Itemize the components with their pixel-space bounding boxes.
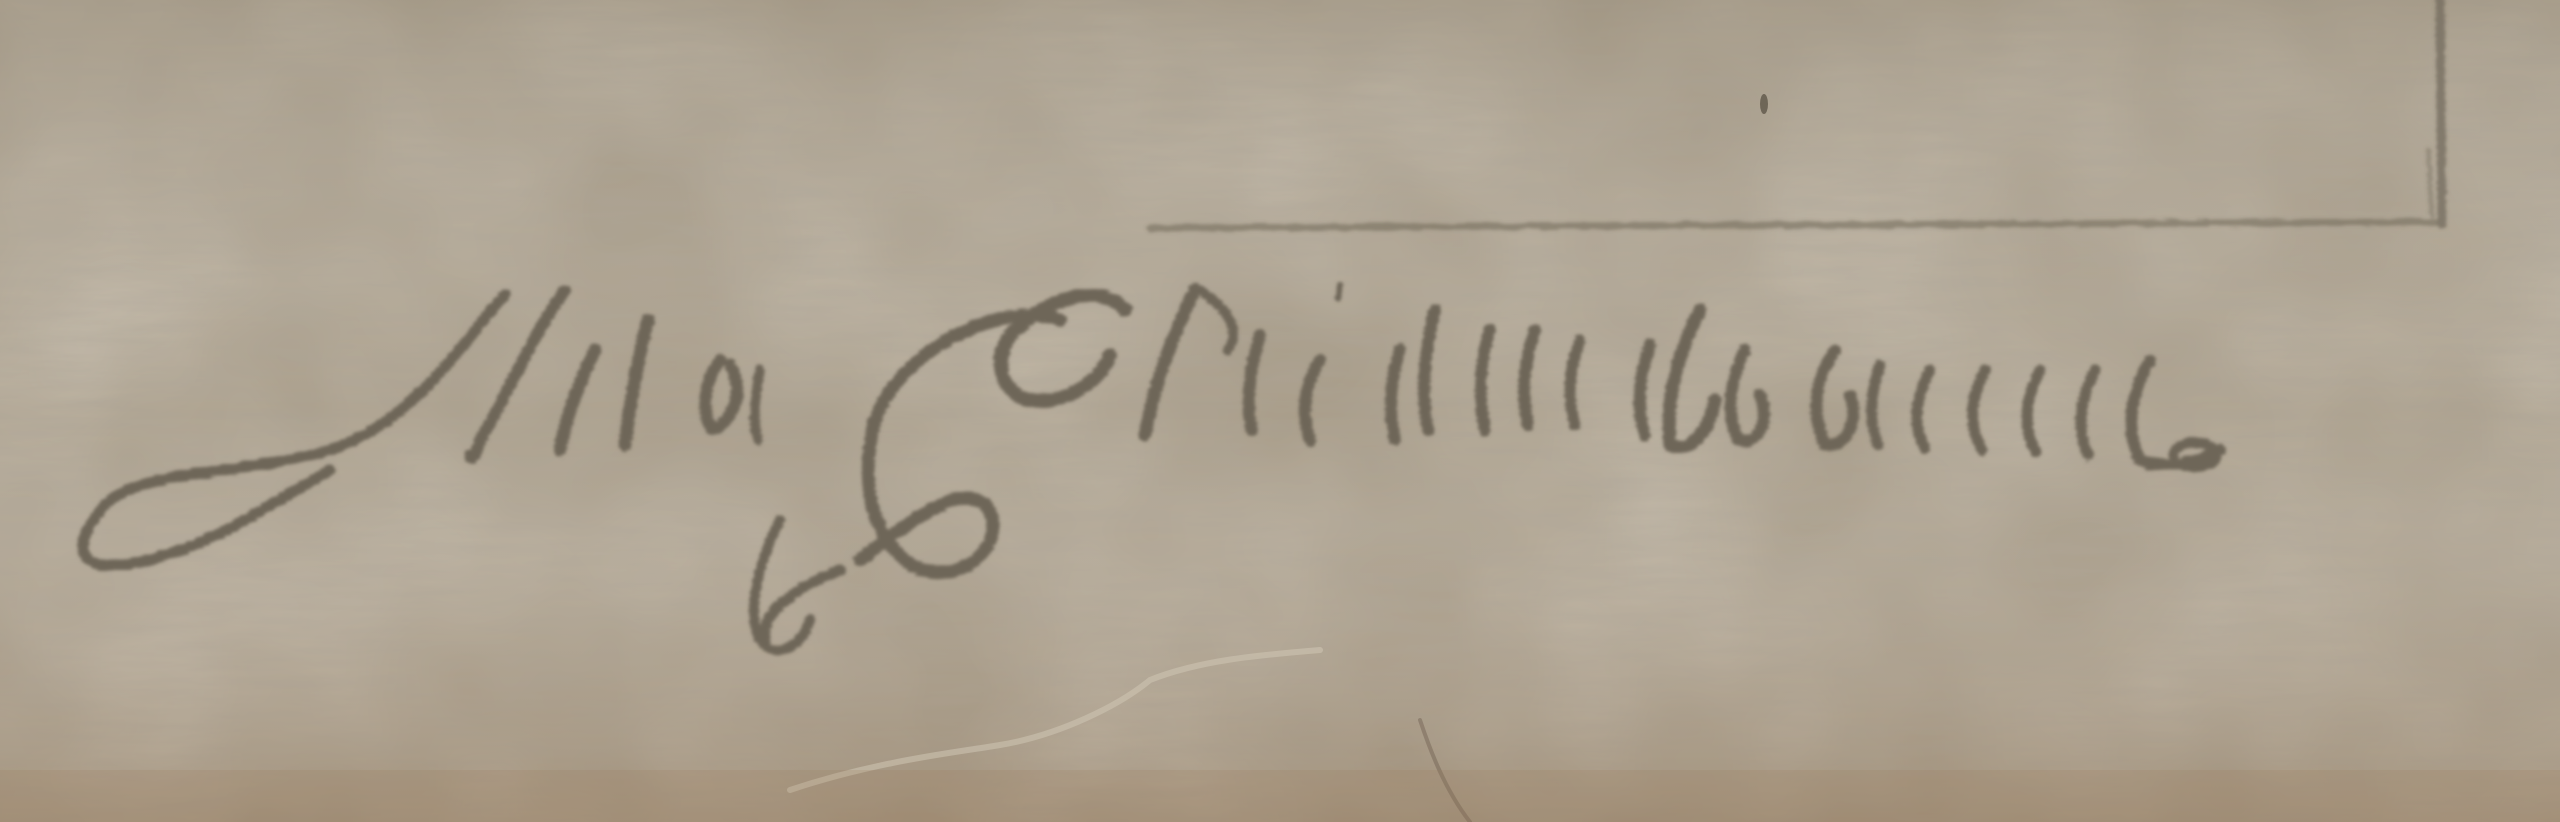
- paper-vignette: [0, 0, 2560, 822]
- paper-photo: [0, 0, 2560, 822]
- ink-speck: [1760, 94, 1768, 114]
- photo-scene: Geo Cruikshank: [0, 0, 2560, 822]
- edge-stain: [0, 770, 2560, 822]
